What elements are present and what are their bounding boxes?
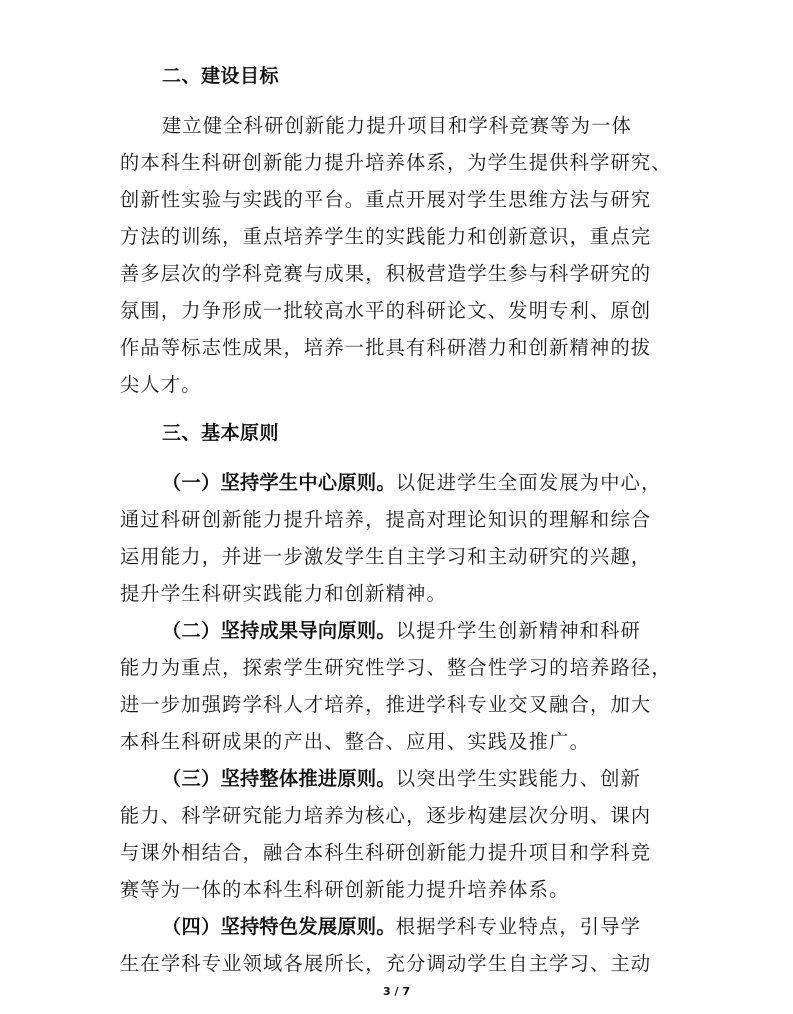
paragraph-goals: 建立健全科研创新能力提升项目和学科竞赛等为一体 的本科生科研创新能力提升培养体系… [120,107,676,403]
paragraph-line: 生在学科专业领域各展所长，充分调动学生自主学习、主动 [120,945,676,982]
principle-label: （二）坚持成果导向原则。 [162,619,396,642]
paragraph-line: 氛围，力争形成一批较高水平的科研论文、发明专利、原创 [120,292,676,329]
paragraph-text: 以提升学生创新精神和科研 [396,619,641,642]
paragraph-line: 作品等标志性成果，培养一批具有科研潜力和创新精神的拔 [120,329,676,366]
paragraph-principle-4: （四）坚持特色发展原则。根据学科专业特点，引导学 生在学科专业领域各展所长，充分… [120,908,676,982]
page-number: 3 / 7 [0,985,793,998]
paragraph-principle-1: （一）坚持学生中心原则。以促进学生全面发展为中心， 通过科研创新能力提升培养，提… [120,464,676,612]
page-content: 二、建设目标 建立健全科研创新能力提升项目和学科竞赛等为一体 的本科生科研创新能… [120,58,676,982]
principle-label: （一）坚持学生中心原则。 [162,471,396,494]
paragraph-line: （四）坚持特色发展原则。根据学科专业特点，引导学 [120,908,676,945]
paragraph-line: 尖人才。 [120,366,676,403]
paragraph-line: 赛等为一体的本科生科研创新能力提升培养体系。 [120,871,676,908]
paragraph-line: 与课外相结合，融合本科生科研创新能力提升项目和学科竞 [120,834,676,871]
paragraph-line: 建立健全科研创新能力提升项目和学科竞赛等为一体 [120,107,676,144]
paragraph-text: 以突出学生实践能力、创新 [396,767,641,790]
paragraph-text: 以促进学生全面发展为中心， [396,471,662,494]
paragraph-line: 方法的训练，重点培养学生的实践能力和创新意识，重点完 [120,218,676,255]
paragraph-line: 本科生科研成果的产出、整合、应用、实践及推广。 [120,723,676,760]
paragraph-principle-2: （二）坚持成果导向原则。以提升学生创新精神和科研 能力为重点，探索学生研究性学习… [120,612,676,760]
paragraph-line: （三）坚持整体推进原则。以突出学生实践能力、创新 [120,760,676,797]
section-heading-principles: 三、基本原则 [120,415,676,452]
paragraph-line: （一）坚持学生中心原则。以促进学生全面发展为中心， [120,464,676,501]
principle-label: （四）坚持特色发展原则。 [162,915,396,938]
paragraph-principle-3: （三）坚持整体推进原则。以突出学生实践能力、创新 能力、科学研究能力培养为核心，… [120,760,676,908]
paragraph-line: 能力、科学研究能力培养为核心，逐步构建层次分明、课内 [120,797,676,834]
paragraph-line: 提升学生科研实践能力和创新精神。 [120,575,676,612]
paragraph-line: 进一步加强跨学科人才培养，推进学科专业交叉融合，加大 [120,686,676,723]
paragraph-line: 创新性实验与实践的平台。重点开展对学生思维方法与研究 [120,181,676,218]
document-page: 二、建设目标 建立健全科研创新能力提升项目和学科竞赛等为一体 的本科生科研创新能… [0,0,793,1014]
paragraph-line: 运用能力，并进一步激发学生自主学习和主动研究的兴趣， [120,538,676,575]
paragraph-line: 能力为重点，探索学生研究性学习、整合性学习的培养路径， [120,649,676,686]
paragraph-line: 善多层次的学科竞赛与成果，积极营造学生参与科学研究的 [120,255,676,292]
paragraph-line: 通过科研创新能力提升培养，提高对理论知识的理解和综合 [120,501,676,538]
paragraph-text: 根据学科专业特点，引导学 [396,915,641,938]
section-heading-goals: 二、建设目标 [120,58,676,95]
paragraph-line: （二）坚持成果导向原则。以提升学生创新精神和科研 [120,612,676,649]
principle-label: （三）坚持整体推进原则。 [162,767,396,790]
paragraph-line: 的本科生科研创新能力提升培养体系，为学生提供科学研究、 [120,144,676,181]
